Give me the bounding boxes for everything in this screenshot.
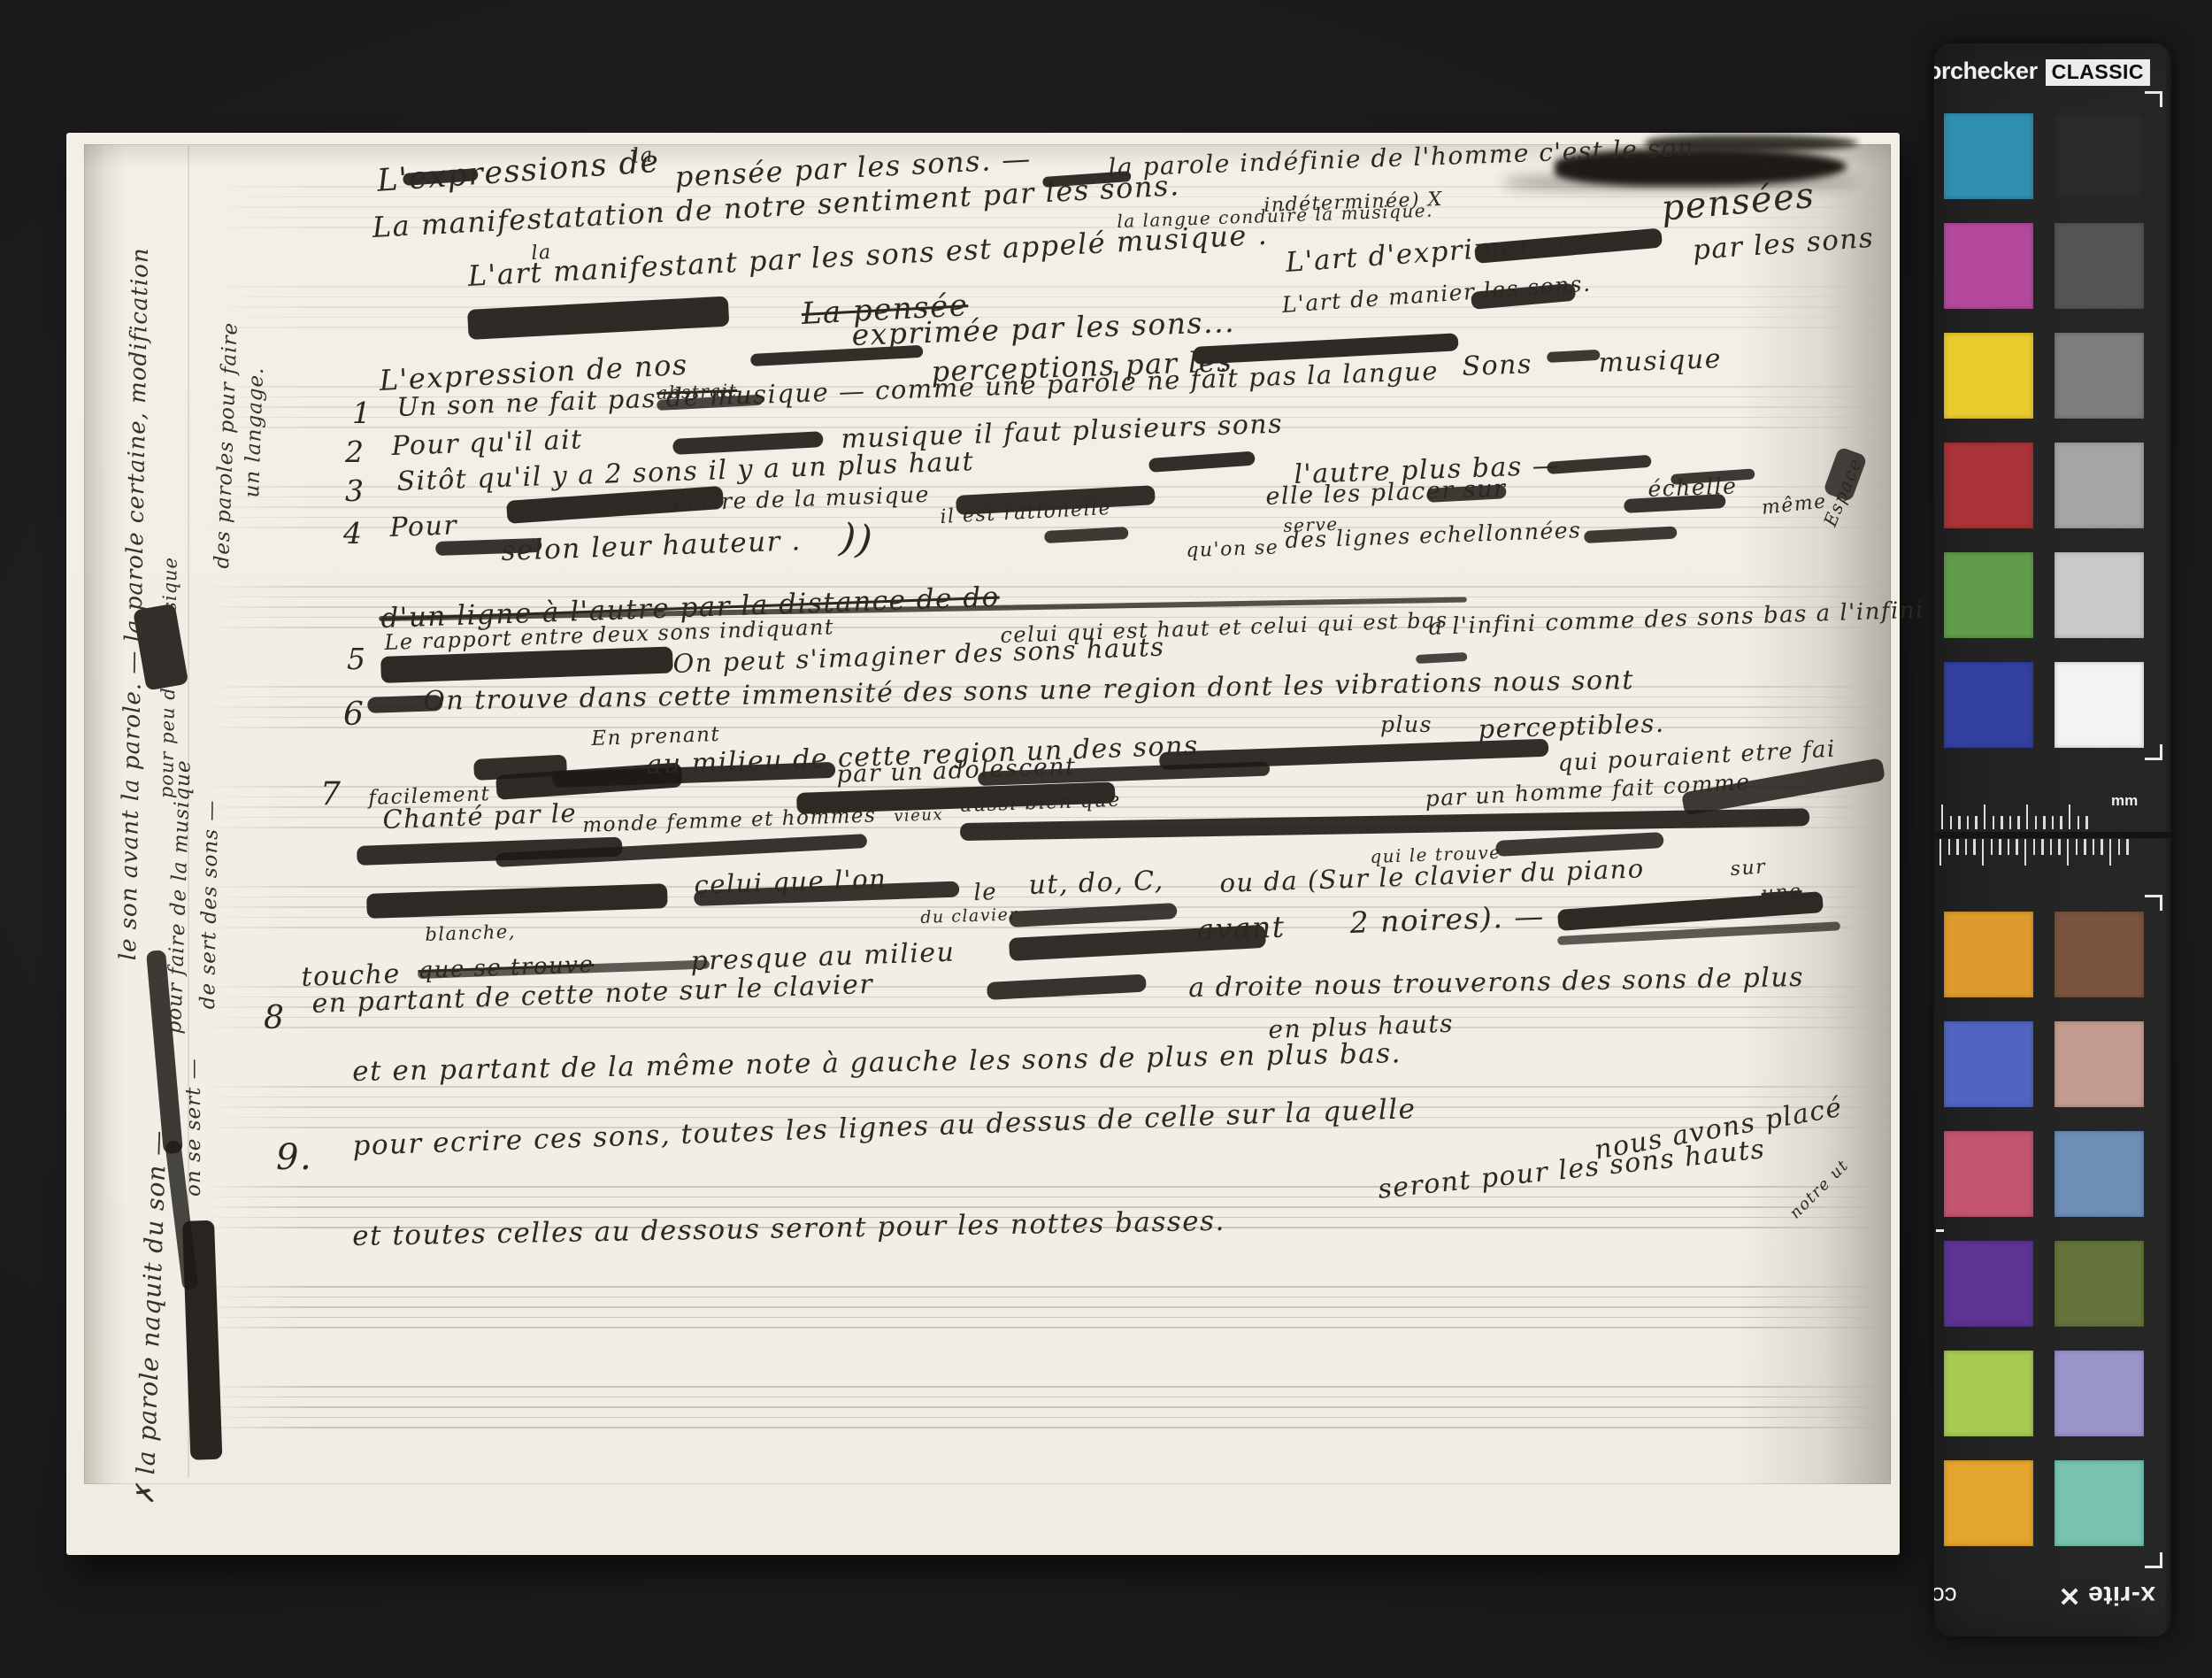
ruler-tick — [2076, 839, 2078, 855]
colorchecker-target: orcheckerCLASSIC mm x-rite✕ col — [1934, 43, 2171, 1636]
ruler-tick — [2084, 839, 2085, 855]
staff-line — [204, 586, 1889, 588]
patch-blue — [1944, 662, 2033, 748]
staff-line — [204, 296, 1889, 298]
staff-line — [204, 1297, 1889, 1298]
handwriting-line: 2 noires). — — [1349, 901, 1545, 937]
ruler-tick — [1941, 804, 1943, 829]
margin-note: de sert des sons — — [198, 799, 222, 1009]
ruler-tick — [2078, 816, 2079, 829]
ruler-tick — [2041, 839, 2043, 855]
patch-purple — [1944, 1241, 2033, 1327]
corner-mark — [2145, 895, 2162, 911]
handwriting-line: abstrait — [657, 381, 738, 402]
handwriting-line: perceptibles. — [1478, 711, 1665, 743]
ruler-tick — [2009, 816, 2011, 829]
ruler-tick — [2101, 839, 2102, 855]
handwriting-line: Chanté par le — [382, 800, 578, 833]
staff-line — [204, 1017, 1889, 1019]
handwriting-line: 6 — [343, 699, 365, 731]
margin-note: on se sert — — [184, 1058, 204, 1197]
patch-magenta — [1944, 223, 2033, 309]
ruler-tick — [2126, 839, 2128, 855]
margin-note: un langage. — [242, 366, 267, 498]
staff-line — [204, 1386, 1889, 1388]
handwriting-line: que se trouve — [418, 953, 595, 982]
handwriting-line: qu'on se — [1186, 538, 1279, 561]
handwriting-line: 1 — [352, 398, 373, 427]
patch-orange — [1944, 912, 2033, 997]
handwriting-line: 4 — [343, 519, 364, 548]
handwriting-line: le — [973, 881, 998, 904]
patch-moderate-red — [1944, 1131, 2033, 1217]
patch-light-skin — [2055, 1021, 2144, 1107]
handwriting-line: 8 — [264, 1003, 285, 1035]
patch-red — [1944, 443, 2033, 528]
ruler-tick — [1993, 816, 1994, 829]
staff-line — [204, 1186, 1889, 1188]
ruler-tick — [2118, 839, 2120, 855]
staff-line — [204, 1286, 1889, 1288]
handwriting-line: du clavier — [920, 906, 1018, 927]
ruler-tick — [1991, 839, 1993, 855]
patch-black — [2055, 113, 2144, 199]
ruler-tick — [2060, 816, 2062, 829]
ruler-tick — [2069, 804, 2070, 829]
ruler-tick — [2026, 804, 2028, 829]
handwriting-line: musique — [1598, 346, 1723, 377]
ruler-tick — [1950, 816, 1952, 829]
staff-line — [204, 306, 1889, 308]
photo-stage: L'expressions delapensée par les sons. —… — [0, 0, 2212, 1678]
patch-neutral-8 — [2055, 552, 2144, 638]
ruler-tick — [2033, 839, 2035, 855]
ruler-tick — [1967, 816, 1969, 829]
patch-yellow — [1944, 333, 2033, 419]
ruler-tick — [2017, 816, 2019, 829]
patch-bluish-green — [2055, 1460, 2144, 1546]
handwriting-line: Pour — [389, 512, 458, 542]
patch-foliage — [2055, 1241, 2144, 1327]
corner-mark — [2145, 1552, 2162, 1568]
handwriting-line: 2 — [345, 437, 365, 466]
ruler-tick — [1939, 839, 1941, 866]
handwriting-line: avant — [1196, 912, 1286, 944]
handwriting-line: 7 — [320, 779, 342, 811]
ruler-tick — [2035, 816, 2037, 829]
patch-blue-sky — [2055, 1131, 2144, 1217]
patch-purplish-blue — [1944, 1021, 2033, 1107]
handwriting-line: sur — [1730, 858, 1767, 880]
xrite-brand-text: x-rite — [2088, 1581, 2155, 1610]
handwriting-line: Sons — [1462, 351, 1532, 381]
patch-white — [2055, 662, 2144, 748]
ruler-tick — [2016, 839, 2017, 855]
handwriting-line: blanche, — [425, 922, 516, 944]
checker-hinge-seam — [1934, 832, 2171, 838]
ruler-tick — [2067, 839, 2069, 866]
handwriting-line: En prenant — [591, 725, 721, 750]
patch-neutral-6.5 — [2055, 443, 2144, 528]
corner-mark — [1936, 1229, 1944, 1232]
staff-line — [204, 1027, 1889, 1028]
margin-note: pour peu de la musique — [157, 557, 180, 799]
handwriting-line: échelle — [1647, 474, 1738, 500]
ruler-tick — [1984, 804, 1985, 829]
ruler-tick — [2024, 839, 2026, 866]
staff-line — [204, 1097, 1889, 1098]
corner-mark — [2145, 91, 2162, 107]
patch-dark-skin — [2055, 912, 2144, 997]
ruler-tick — [2050, 839, 2052, 855]
handwriting-line: 3 — [345, 476, 365, 505]
handwriting-line: ut, do, C, — [1028, 868, 1164, 899]
ruler-tick — [1958, 816, 1960, 829]
handwriting-line: celui que l'on — [694, 866, 887, 898]
patch-neutral-3.5 — [2055, 223, 2144, 309]
ruler-tick — [2109, 839, 2111, 866]
ruler-tick — [1956, 839, 1958, 855]
staff-line — [204, 1306, 1889, 1308]
handwriting-line: )) — [838, 519, 875, 561]
ruler-tick — [1965, 839, 1967, 855]
staff-line — [204, 1406, 1889, 1408]
patch-blue-flower — [2055, 1351, 2144, 1436]
corner-mark — [2145, 744, 2162, 760]
ruler-tick — [2008, 839, 2009, 855]
ruler-tick — [2052, 816, 2054, 829]
ruler-tick — [2043, 816, 2045, 829]
patch-neutral-5 — [2055, 333, 2144, 419]
staff-line — [204, 286, 1889, 288]
handwriting-line: une — [1761, 882, 1802, 904]
staff-line — [204, 1327, 1889, 1328]
xrite-logo-icon: ✕ — [2058, 1580, 2081, 1611]
patch-green — [1944, 552, 2033, 638]
colorchecker-title-text: orchecker — [1934, 58, 2038, 84]
colorchecker-title: orcheckerCLASSIC — [1934, 58, 2150, 86]
ruler-tick — [2001, 816, 2002, 829]
staff-line — [204, 1317, 1889, 1319]
staff-line — [204, 1427, 1889, 1428]
handwriting-line: 9. — [276, 1140, 312, 1175]
ruler-tick — [1982, 839, 1984, 866]
staff-line — [204, 597, 1889, 598]
mm-ruler-label: mm — [2111, 792, 2138, 810]
handwriting-line: Pour qu'il ait — [391, 427, 583, 460]
handwriting-line: vieux — [894, 807, 943, 825]
colorchecker-classic-badge: CLASSIC — [2046, 59, 2150, 86]
ruler-tick — [2085, 816, 2087, 829]
colorchecker-footer-partial: col — [1934, 1582, 1957, 1610]
ruler-tick — [2058, 839, 2060, 855]
staff-line — [204, 1417, 1889, 1419]
staff-line — [204, 1086, 1889, 1088]
handwriting-line: la — [632, 145, 655, 167]
staff-line — [204, 1397, 1889, 1398]
staff-line — [204, 1197, 1889, 1198]
ruler-tick — [2093, 839, 2094, 855]
patch-cyan — [1944, 113, 2033, 199]
ruler-tick — [1999, 839, 2001, 855]
patch-orange-yellow — [1944, 1460, 2033, 1546]
patch-yellow-green — [1944, 1351, 2033, 1436]
xrite-brand: x-rite✕ — [2058, 1580, 2155, 1611]
ruler-tick — [1975, 816, 1977, 829]
ruler-tick — [1973, 839, 1975, 855]
ruler-tick — [1948, 839, 1950, 855]
handwriting-line: plus — [1380, 713, 1432, 735]
handwriting-line: 5 — [347, 644, 367, 674]
